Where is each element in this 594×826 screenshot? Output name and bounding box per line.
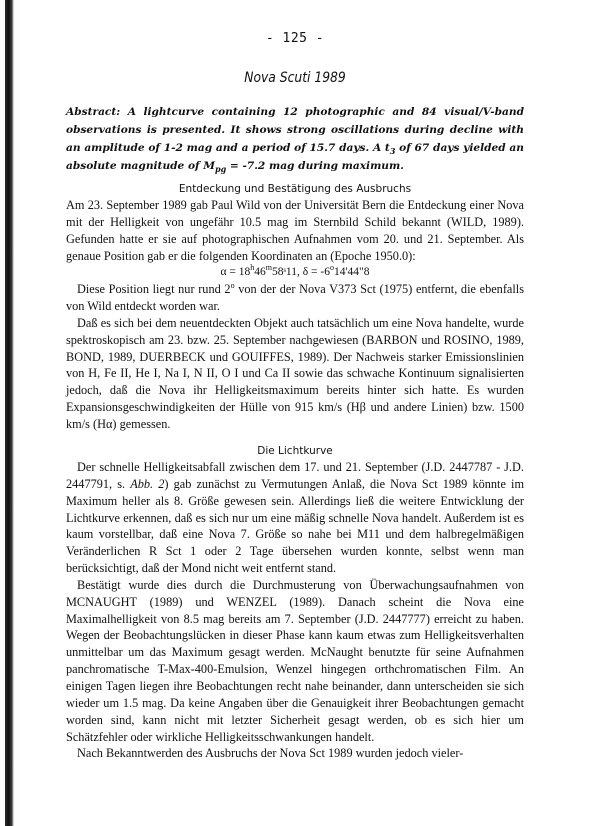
section-lightcurve-body: Der schnelle Helligkeitsabfall zwischen … [66,459,524,762]
paragraph: Am 23. September 1989 gab Paul Wild von … [66,197,524,264]
section-heading-discovery: Entdeckung und Bestätigung des Ausbruchs [66,183,524,195]
paragraph: Nach Bekanntwerden des Ausbruchs der Nov… [66,745,524,762]
abstract-text: = -7.2 mag during maximum. [226,160,404,172]
paragraph: Daß es sich bei dem neuentdeckten Objekt… [66,315,524,433]
section-discovery-body: Am 23. September 1989 gab Paul Wild von … [66,197,524,433]
article-title: Nova Scuti 1989 [100,70,489,86]
page-number: - 125 - [66,31,524,46]
paragraph: Diese Position liegt nur rund 2o von der… [66,281,524,315]
mpg-subscript: pg [215,164,226,174]
figure-reference: Abb. 2 [130,477,164,491]
abstract-label: Abstract: [66,106,120,118]
coordinates-line: α = 18h46m58ˢ11, δ = -6o14'44"8 [66,264,524,281]
scan-binding-shadow [5,0,14,826]
paragraph: Der schnelle Helligkeitsabfall zwischen … [66,459,524,577]
section-heading-lightcurve: Die Lichtkurve [66,445,524,457]
paragraph: Bestätigt wurde dies durch die Durchmust… [66,577,524,745]
abstract: Abstract: A lightcurve containing 12 pho… [66,103,524,175]
